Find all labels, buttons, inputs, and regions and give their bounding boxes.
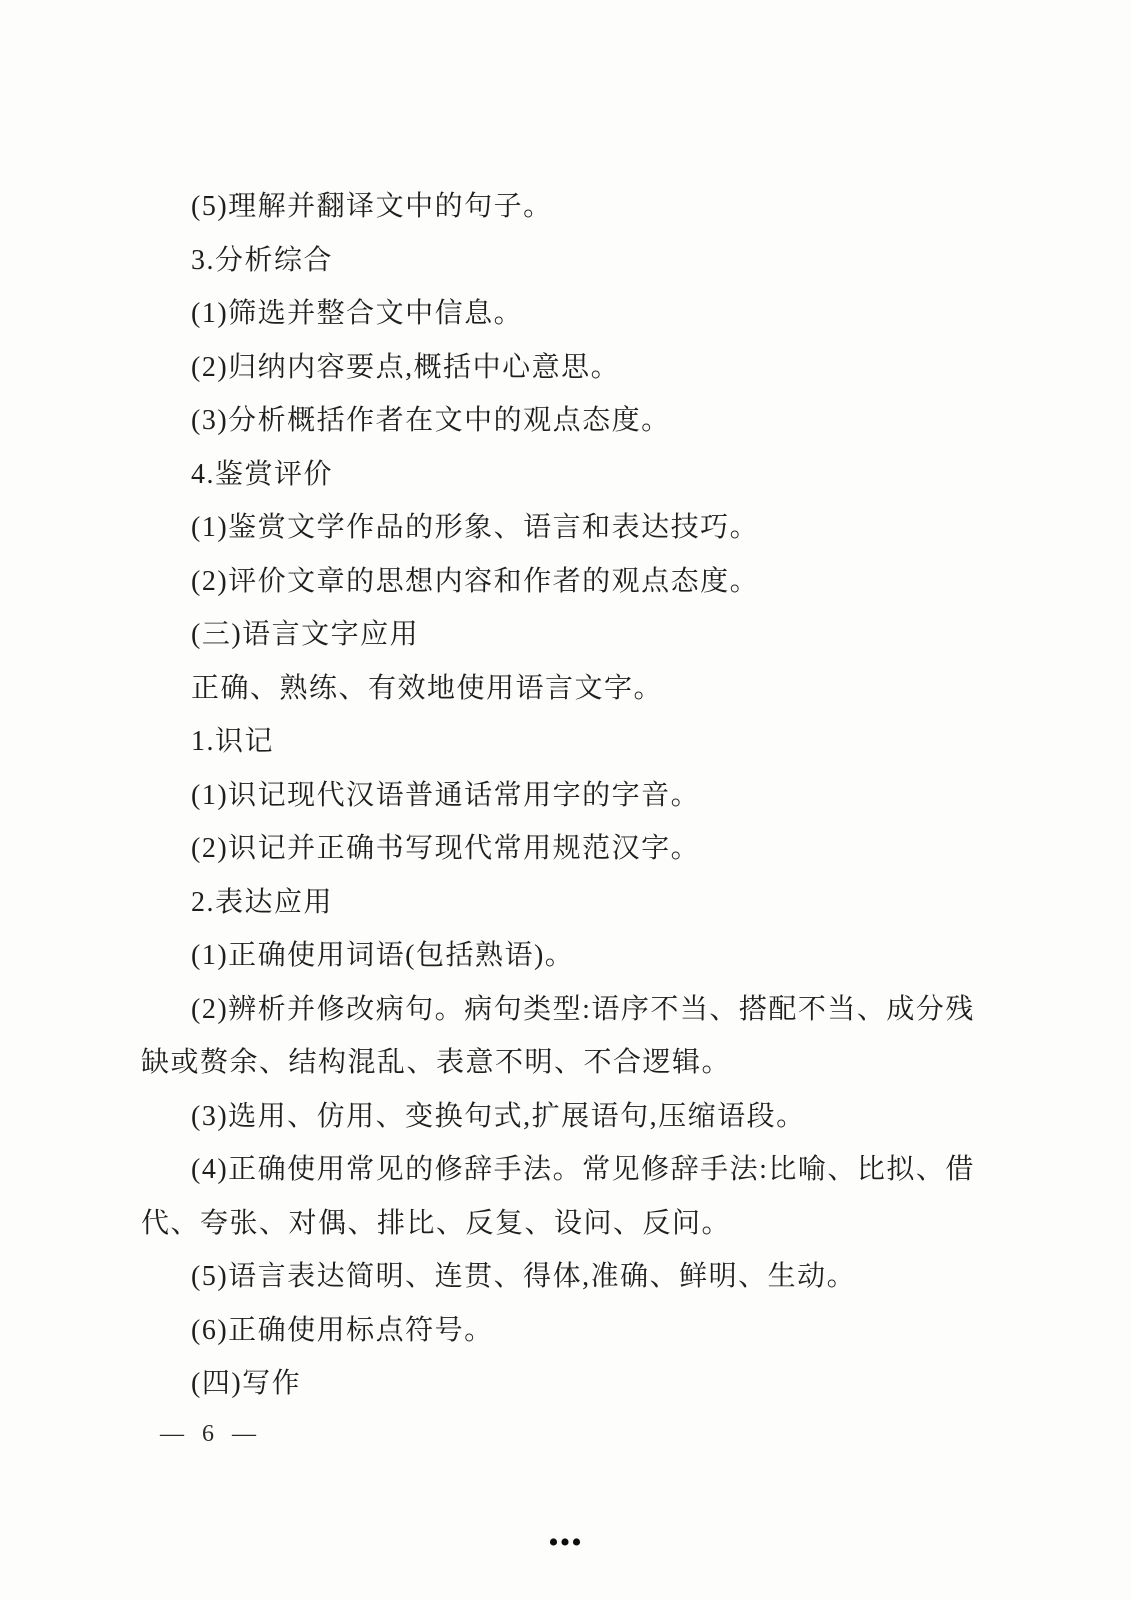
text-line-wrapped: 缺或赘余、结构混乱、表意不明、不合逻辑。 — [141, 1036, 1001, 1090]
text-line: 3.分析综合 — [141, 234, 1001, 288]
text-line: (2)识记并正确书写现代常用规范汉字。 — [141, 822, 1001, 876]
text-line: (4)正确使用常见的修辞手法。常见修辞手法:比喻、比拟、借 — [141, 1143, 1001, 1197]
text-line: 2.表达应用 — [141, 876, 1001, 930]
text-line: (3)选用、仿用、变换句式,扩展语句,压缩语段。 — [141, 1090, 1001, 1144]
document-body: (5)理解并翻译文中的句子。 3.分析综合 (1)筛选并整合文中信息。 (2)归… — [141, 180, 1001, 1411]
text-line: (6)正确使用标点符号。 — [141, 1304, 1001, 1358]
text-line: (5)语言表达简明、连贯、得体,准确、鲜明、生动。 — [141, 1250, 1001, 1304]
text-line: (3)分析概括作者在文中的观点态度。 — [141, 394, 1001, 448]
page-number: — 6 — — [160, 1421, 262, 1448]
text-line: (1)筛选并整合文中信息。 — [141, 287, 1001, 341]
text-line: (1)鉴赏文学作品的形象、语言和表达技巧。 — [141, 501, 1001, 555]
text-line: (四)写作 — [141, 1357, 1001, 1411]
document-page: (5)理解并翻译文中的句子。 3.分析综合 (1)筛选并整合文中信息。 (2)归… — [0, 0, 1131, 1600]
text-line: 1.识记 — [141, 715, 1001, 769]
text-line: (1)识记现代汉语普通话常用字的字音。 — [141, 769, 1001, 823]
text-line: (1)正确使用词语(包括熟语)。 — [141, 929, 1001, 983]
text-line: (2)评价文章的思想内容和作者的观点态度。 — [141, 555, 1001, 609]
text-line: 正确、熟练、有效地使用语言文字。 — [141, 662, 1001, 716]
ellipsis-dots-icon: ••• — [0, 1528, 1131, 1558]
text-line: 4.鉴赏评价 — [141, 448, 1001, 502]
text-line-wrapped: 代、夸张、对偶、排比、反复、设问、反问。 — [141, 1197, 1001, 1251]
text-line: (5)理解并翻译文中的句子。 — [141, 180, 1001, 234]
text-line: (2)辨析并修改病句。病句类型:语序不当、搭配不当、成分残 — [141, 983, 1001, 1037]
text-line: (2)归纳内容要点,概括中心意思。 — [141, 341, 1001, 395]
text-line: (三)语言文字应用 — [141, 608, 1001, 662]
